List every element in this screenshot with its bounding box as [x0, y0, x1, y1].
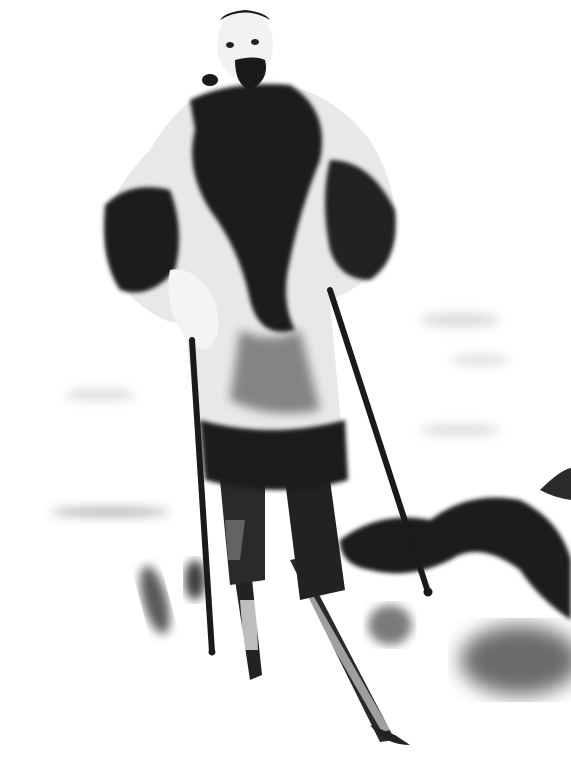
- photograph: [0, 0, 571, 768]
